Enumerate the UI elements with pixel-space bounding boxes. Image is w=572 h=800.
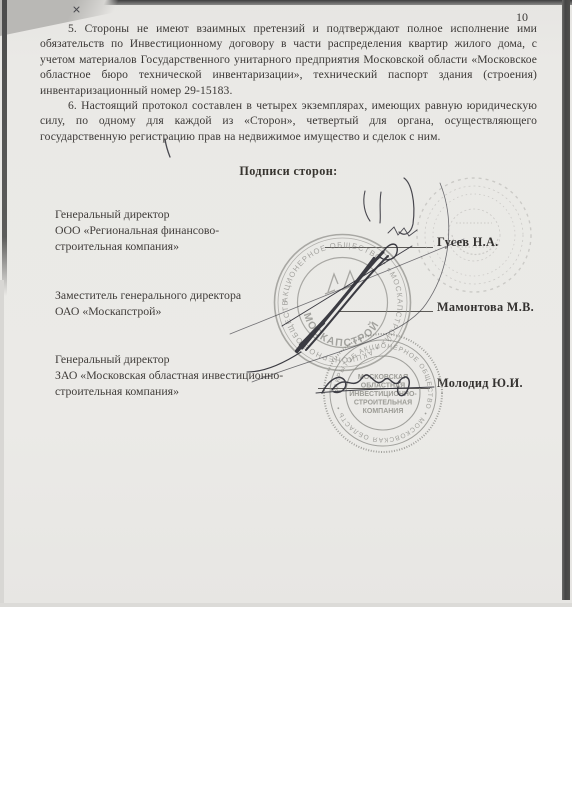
signer-1-role-line: Генеральный директор	[55, 206, 375, 222]
signature-line-1	[325, 247, 433, 248]
signature-line-2	[338, 311, 433, 312]
signer-3-role-line: Генеральный директор	[55, 351, 375, 367]
signer-3-role-line: ЗАО «Московская областная инвестиционно-	[55, 367, 375, 383]
stamp-center-line: КОМПАНИЯ	[363, 408, 404, 415]
scan-left-edge-soft	[0, 280, 4, 605]
signatures-heading: Подписи сторон:	[40, 164, 537, 179]
scanned-document-page: 10 5. Стороны не имеют взаимных претензи…	[0, 0, 572, 607]
signer-3-role: Генеральный директор ЗАО «Московская обл…	[55, 351, 375, 400]
scan-bottom-edge	[0, 603, 572, 607]
scan-left-edge-shadow	[2, 0, 7, 296]
paragraph-6: 6. Настоящий протокол составлен в четыре…	[40, 98, 537, 144]
document-body-text: 5. Стороны не имеют взаимных претензий и…	[40, 21, 537, 144]
signer-2-role: Заместитель генерального директора ОАО «…	[55, 287, 375, 319]
stamp-center-line: СТРОИТЕЛЬНАЯ	[354, 400, 412, 407]
signer-2-name: Мамонтова М.В.	[437, 300, 534, 315]
paragraph-5: 5. Стороны не имеют взаимных претензий и…	[40, 21, 537, 98]
scan-right-edge-shadow	[562, 0, 570, 600]
signature-line-3	[318, 388, 430, 389]
signer-2-role-line: ОАО «Москапстрой»	[55, 303, 375, 319]
signer-3-name: Молодид Ю.И.	[437, 376, 523, 391]
signer-1-role-line: ООО «Региональная финансово-	[55, 222, 375, 238]
signer-1-name: Гусев Н.А.	[437, 235, 499, 250]
signer-3-role-line: строительная компания»	[55, 383, 375, 399]
signer-2-role-line: Заместитель генерального директора	[55, 287, 375, 303]
